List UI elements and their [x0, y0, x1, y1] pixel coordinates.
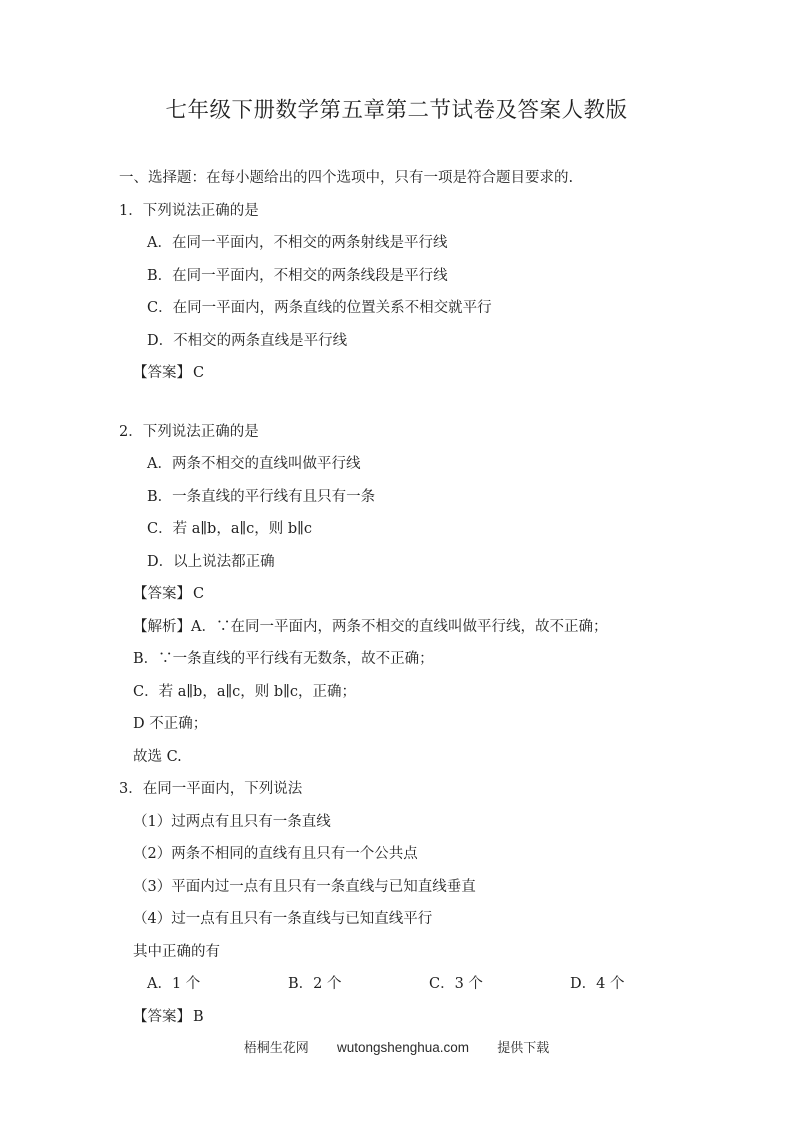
question-2-explanation-line-1: 【解析】A．∵在同一平面内，两条不相交的直线叫做平行线，故不正确； [119, 611, 733, 644]
question-3-prompt: 其中正确的有 [119, 936, 733, 969]
question-2-explanation-line-3: C．若 a∥b，a∥c，则 b∥c，正确； [119, 676, 733, 709]
question-2-option-d: D．以上说法都正确 [119, 546, 733, 579]
question-2-option-c: C．若 a∥b，a∥c，则 b∥c [119, 513, 733, 546]
question-3-stem: 3．在同一平面内，下列说法 [119, 773, 733, 806]
question-2-stem: 2．下列说法正确的是 [119, 416, 733, 449]
question-2-answer-line: 【答案】C [119, 578, 733, 611]
question-3-option-d: D．4 个 [570, 968, 711, 1001]
question-3: 3．在同一平面内，下列说法 （1）过两点有且只有一条直线 （2）两条不相同的直线… [119, 773, 733, 1033]
question-1-stem: 1．下列说法正确的是 [119, 195, 733, 228]
page-footer: 梧桐生花网 wutongshenghua.com 提供下载 [0, 1036, 793, 1061]
question-3-statement-3: （3）平面内过一点有且只有一条直线与已知直线垂直 [119, 871, 733, 904]
question-1-answer-label: 【答案】 [133, 365, 191, 381]
question-3-options-row: A．1 个 B．2 个 C．3 个 D．4 个 [119, 968, 733, 1001]
question-1-answer-line: 【答案】C [119, 357, 733, 390]
question-1-answer-value: C [191, 365, 204, 381]
document-page: 七年级下册数学第五章第二节试卷及答案人教版 一、选择题：在每小题给出的四个选项中… [0, 0, 793, 1122]
question-3-option-b: B．2 个 [288, 968, 429, 1001]
section-heading: 一、选择题：在每小题给出的四个选项中，只有一项是符合题目要求的. [119, 162, 733, 195]
footer-download-text: 提供下载 [497, 1041, 549, 1056]
question-2: 2．下列说法正确的是 A．两条不相交的直线叫做平行线 B．一条直线的平行线有且只… [119, 416, 733, 774]
question-2-answer-value: C [191, 586, 204, 602]
question-3-statement-2: （2）两条不相同的直线有且只有一个公共点 [119, 838, 733, 871]
question-3-statement-4: （4）过一点有且只有一条直线与已知直线平行 [119, 903, 733, 936]
document-body: 一、选择题：在每小题给出的四个选项中，只有一项是符合题目要求的. 1．下列说法正… [119, 162, 733, 1033]
question-3-answer-label: 【答案】 [133, 1009, 191, 1025]
footer-site-name: 梧桐生花网 [244, 1041, 309, 1056]
question-3-statement-1: （1）过两点有且只有一条直线 [119, 806, 733, 839]
question-3-option-a: A．1 个 [147, 968, 288, 1001]
question-2-option-a: A．两条不相交的直线叫做平行线 [119, 448, 733, 481]
question-3-option-c: C．3 个 [429, 968, 570, 1001]
question-1: 1．下列说法正确的是 A．在同一平面内，不相交的两条射线是平行线 B．在同一平面… [119, 195, 733, 390]
question-1-option-a: A．在同一平面内，不相交的两条射线是平行线 [119, 227, 733, 260]
question-2-explanation-line-5: 故选 C. [119, 741, 733, 774]
question-2-explanation-line-4: D 不正确； [119, 708, 733, 741]
question-2-answer-label: 【答案】 [133, 586, 191, 602]
footer-site-url: wutongshenghua.com [337, 1040, 469, 1055]
question-2-explanation-line-2: B．∵一条直线的平行线有无数条，故不正确； [119, 643, 733, 676]
question-1-option-c: C．在同一平面内，两条直线的位置关系不相交就平行 [119, 292, 733, 325]
question-1-option-b: B．在同一平面内，不相交的两条线段是平行线 [119, 260, 733, 293]
document-title: 七年级下册数学第五章第二节试卷及答案人教版 [0, 0, 793, 126]
question-3-answer-line: 【答案】B [119, 1001, 733, 1034]
question-2-option-b: B．一条直线的平行线有且只有一条 [119, 481, 733, 514]
question-1-option-d: D．不相交的两条直线是平行线 [119, 325, 733, 358]
question-3-answer-value: B [191, 1009, 204, 1025]
